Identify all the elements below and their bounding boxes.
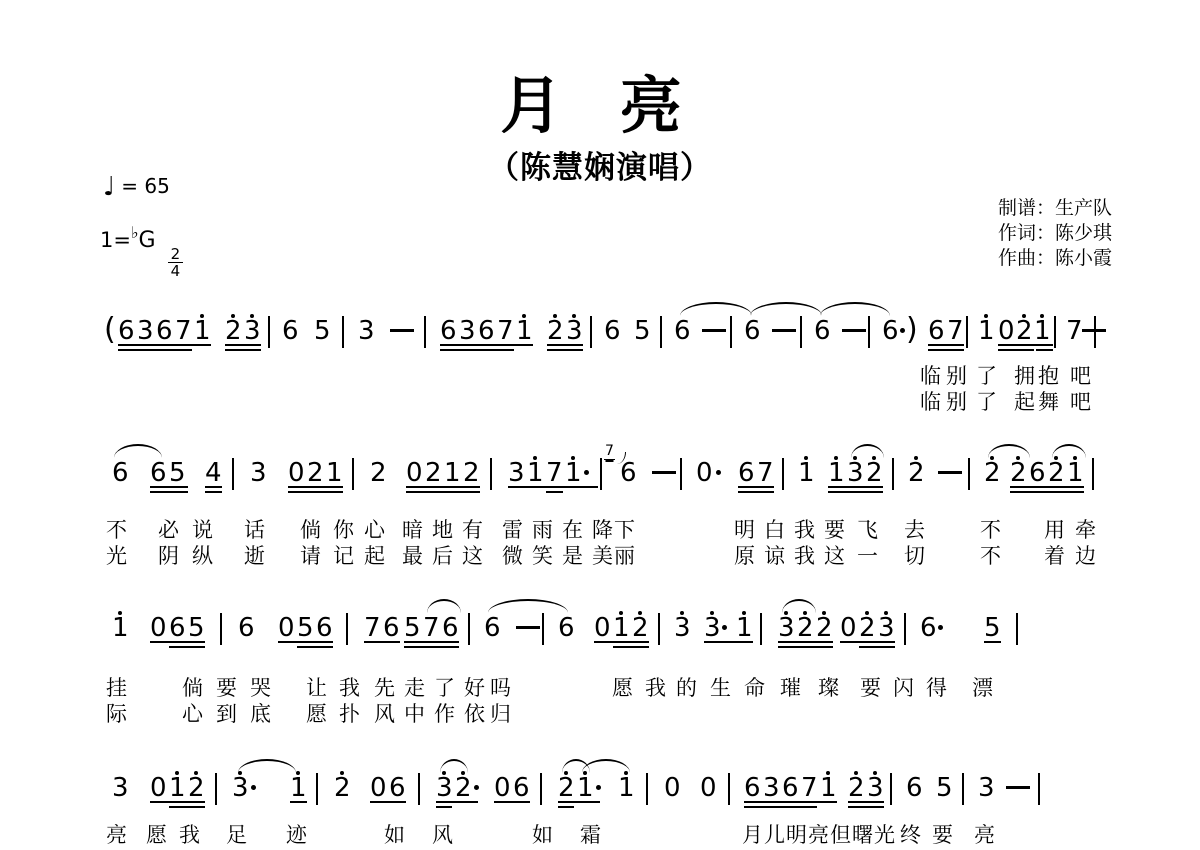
lyric-segment: 了: [976, 364, 997, 388]
note: 4: [205, 460, 222, 486]
lyric-segment: 明白: [734, 518, 794, 542]
duration-dash: [1006, 786, 1030, 789]
note: 0: [288, 460, 305, 486]
beam-underline: [288, 486, 343, 488]
beam-underline: [840, 641, 895, 643]
lyric-segment: 哭: [250, 676, 271, 700]
note: 1: [798, 460, 815, 486]
note: 1: [828, 460, 845, 486]
note: 7: [1066, 318, 1083, 344]
note: 2: [866, 460, 883, 486]
grace-note: 7: [604, 444, 615, 460]
note: 2: [984, 460, 1001, 486]
beam-underline: [744, 801, 837, 803]
beam-underline: [288, 491, 343, 493]
note: 1: [577, 775, 594, 801]
beam-underline: [225, 344, 261, 346]
beam-underline: [404, 646, 459, 648]
barline-divider: [966, 316, 968, 348]
beam-underline: [406, 491, 480, 493]
note: 7: [947, 318, 964, 344]
note: 1: [169, 775, 186, 801]
octave-dot: [680, 611, 684, 615]
lyric-segment: 话: [244, 518, 265, 542]
barline-divider: [730, 316, 732, 348]
lyric-segment: 得: [926, 676, 947, 700]
barline-divider: [760, 613, 762, 645]
octave-dot: [884, 611, 888, 615]
note: 7: [364, 615, 381, 641]
barline-divider: [232, 458, 234, 490]
beam-underline: [225, 349, 261, 351]
lyric-segment: 生: [710, 676, 731, 700]
note: 1: [1067, 460, 1084, 486]
slur-arc: [582, 759, 630, 773]
barline-divider: [490, 458, 492, 490]
lyric-segment: 不: [106, 518, 127, 542]
note: 5: [984, 615, 1001, 641]
note: 3: [459, 318, 476, 344]
note: 0: [696, 460, 713, 486]
beam-underline: [169, 646, 205, 648]
note: 2: [558, 775, 575, 801]
lyric-segment: 霜: [580, 823, 601, 847]
note: 2: [797, 615, 814, 641]
augmentation-dot: [938, 625, 943, 630]
duration-dash: [842, 329, 866, 332]
note: 5: [936, 775, 953, 801]
barline-divider: [646, 773, 648, 805]
octave-dot: [804, 456, 808, 460]
lyric-segment: 璀: [780, 676, 801, 700]
lyric-segment: 漂: [972, 676, 993, 700]
lyric-segment: 倘要: [182, 676, 250, 700]
note: 3: [778, 615, 795, 641]
octave-dot: [231, 314, 235, 318]
beam-underline: [118, 344, 211, 346]
beam-underline: [440, 344, 533, 346]
note: 0: [370, 775, 387, 801]
note: 0: [664, 775, 681, 801]
barline-divider: [346, 613, 348, 645]
augmentation-dot: [251, 785, 256, 790]
note: 2: [455, 775, 472, 801]
lyric-segment: 的: [676, 676, 697, 700]
lyric-segment: 去: [904, 518, 925, 542]
lyric-segment: 暗地有: [402, 518, 492, 542]
barline-divider: [600, 458, 602, 490]
note: 7: [801, 775, 818, 801]
note: 6: [118, 318, 135, 344]
beam-underline: [928, 344, 964, 346]
beam-underline: [848, 806, 884, 808]
note: 6: [389, 775, 406, 801]
lyric-segment: 阴纵: [158, 544, 226, 568]
note: 3: [978, 775, 995, 801]
note: 3: [763, 775, 780, 801]
beam-underline: [558, 801, 600, 803]
note: 6: [440, 318, 457, 344]
slur-arc: [750, 302, 822, 316]
lyric-segment: 吧: [1070, 364, 1091, 388]
barline-divider: [782, 458, 784, 490]
beam-underline: [613, 646, 649, 648]
note: 7: [423, 615, 440, 641]
note: 6: [782, 775, 799, 801]
lyric-segment: 丽: [614, 544, 635, 568]
lyric-segment: 要: [932, 823, 953, 847]
beam-underline: [297, 646, 333, 648]
slur-arc: [988, 444, 1030, 458]
lyric-segment: 了: [976, 390, 997, 414]
octave-dot: [865, 611, 869, 615]
lyric-segment: 不: [980, 544, 1001, 568]
note: 3: [358, 318, 375, 344]
lyric-segment: 不: [980, 518, 1001, 542]
lyric-segment: 吗: [490, 676, 511, 700]
note: 1: [978, 318, 995, 344]
slur-arc: [238, 759, 296, 773]
note: 2: [1048, 460, 1065, 486]
note: 1: [112, 615, 129, 641]
sheet-music-page: 月 亮 （陈慧娴演唱） ♩= 65 1=♭G24 制谱：生产队 作词：陈少琪 作…: [0, 0, 1200, 850]
octave-dot: [571, 456, 575, 460]
barline-divider: [540, 773, 542, 805]
lyric-segment: 挂: [106, 676, 127, 700]
augmentation-dot: [474, 785, 479, 790]
note: 3: [250, 460, 267, 486]
note: 0: [406, 460, 423, 486]
note: 2: [1016, 318, 1033, 344]
barline-divider: [968, 458, 970, 490]
duration-dash: [772, 329, 796, 332]
note: 6: [744, 318, 761, 344]
note: 2: [334, 775, 351, 801]
barline-divider: [1016, 613, 1018, 645]
lyric-segment: 临别: [920, 390, 972, 414]
note: 3: [674, 615, 691, 641]
barline-divider: [658, 613, 660, 645]
slur-arc: [1052, 444, 1086, 458]
slur-arc: [782, 599, 816, 613]
slur-arc: [114, 444, 162, 458]
beam-underline: [278, 641, 333, 643]
parenthesis: ): [906, 314, 918, 346]
note: 6: [674, 318, 691, 344]
beam-underline: [150, 801, 205, 803]
lyric-segment: 先走了好: [374, 676, 494, 700]
lyric-segment: 迹: [286, 823, 307, 847]
barline-divider: [868, 316, 870, 348]
note: 6: [1029, 460, 1046, 486]
note: 3: [137, 318, 154, 344]
octave-dot: [854, 771, 858, 775]
slur-arc: [851, 444, 884, 458]
beam-underline: [205, 486, 222, 488]
lyric-segment: 光: [106, 544, 127, 568]
duration-dash: [516, 626, 540, 629]
lyric-segment: 微笑是美: [502, 544, 622, 568]
note: 0: [278, 615, 295, 641]
lyric-segment: 亮: [106, 823, 127, 847]
octave-dot: [194, 771, 198, 775]
note: 6: [112, 460, 129, 486]
lyric-segment: 愿我: [146, 823, 212, 847]
note: 6: [513, 775, 530, 801]
barline-divider: [680, 458, 682, 490]
augmentation-dot: [900, 328, 905, 333]
beam-underline: [928, 349, 964, 351]
lyric-segment: 底: [250, 702, 271, 726]
beam-underline: [508, 486, 598, 488]
beam-underline: [364, 641, 400, 643]
octave-dot: [822, 611, 826, 615]
lyric-segment: 请记: [300, 544, 366, 568]
lyric-segment: 吧: [1070, 390, 1091, 414]
note: 5: [404, 615, 421, 641]
barline-divider: [1094, 316, 1096, 348]
note: 2: [463, 460, 480, 486]
barline-divider: [268, 316, 270, 348]
slur-arc: [427, 599, 461, 613]
octave-dot: [200, 314, 204, 318]
lyric-segment: 风中作依: [374, 702, 494, 726]
beam-underline: [778, 641, 833, 643]
note: 3: [436, 775, 453, 801]
slur-arc: [440, 759, 468, 773]
note: 0: [700, 775, 717, 801]
beam-underline: [1036, 349, 1053, 351]
note: 7: [175, 318, 192, 344]
lyric-segment: 我: [794, 544, 815, 568]
note: 6: [316, 615, 333, 641]
note: 2: [370, 460, 387, 486]
beam-underline: [169, 806, 205, 808]
beam-underline: [778, 646, 833, 648]
barline-divider: [418, 773, 420, 805]
note: 6: [882, 318, 899, 344]
lyric-segment: 月儿明亮但曙光: [742, 823, 896, 847]
note: 6: [814, 318, 831, 344]
beam-underline: [547, 344, 583, 346]
beam-underline: [205, 491, 222, 493]
note: 7: [546, 460, 563, 486]
octave-dot: [914, 456, 918, 460]
parenthesis: (: [104, 314, 116, 346]
note: 2: [188, 775, 205, 801]
octave-dot: [296, 771, 300, 775]
note: 6: [620, 460, 637, 486]
note: 3: [878, 615, 895, 641]
lyric-segment: 起: [364, 544, 385, 568]
note: 6: [383, 615, 400, 641]
lyric-segment: 要闪: [860, 676, 926, 700]
note: 1: [618, 775, 635, 801]
note: 3: [867, 775, 884, 801]
barline-divider: [342, 316, 344, 348]
note: 0: [840, 615, 857, 641]
note: 1: [820, 775, 837, 801]
lyric-segment: 亮: [974, 823, 995, 847]
note: 5: [169, 460, 186, 486]
note: 6: [920, 615, 937, 641]
lyric-segment: 际: [106, 702, 127, 726]
note: 6: [484, 615, 501, 641]
beam-underline: [998, 349, 1034, 351]
note: 2: [816, 615, 833, 641]
note: 3: [244, 318, 261, 344]
note: 1: [516, 318, 533, 344]
lyric-segment: 心到: [182, 702, 250, 726]
note: 5: [314, 318, 331, 344]
beam-underline: [436, 801, 478, 803]
barline-divider: [316, 773, 318, 805]
octave-dot: [826, 771, 830, 775]
lyric-segment: 愿扑: [306, 702, 372, 726]
barline-divider: [542, 613, 544, 645]
note: 6: [906, 775, 923, 801]
beam-underline: [848, 801, 884, 803]
octave-dot: [1022, 314, 1026, 318]
lyric-segment: 心: [364, 518, 385, 542]
note: 1: [736, 615, 753, 641]
lyric-segment: 愿我: [612, 676, 678, 700]
octave-dot: [250, 314, 254, 318]
augmentation-dot: [722, 625, 727, 630]
note: 1: [194, 318, 211, 344]
note: 2: [547, 318, 564, 344]
slur-arc: [680, 302, 752, 316]
note: 6: [282, 318, 299, 344]
beam-underline: [828, 486, 883, 488]
beam-underline: [984, 641, 1001, 643]
note: 2: [425, 460, 442, 486]
octave-dot: [638, 611, 642, 615]
note: 6: [604, 318, 621, 344]
octave-dot: [522, 314, 526, 318]
beam-underline: [370, 801, 406, 803]
beam-underline: [744, 806, 817, 808]
note: 2: [908, 460, 925, 486]
duration-dash: [390, 329, 414, 332]
beam-underline: [290, 801, 307, 803]
note: 2: [225, 318, 242, 344]
beam-underline: [558, 806, 574, 808]
note: 3: [847, 460, 864, 486]
note: 2: [1010, 460, 1027, 486]
barline-divider: [215, 773, 217, 805]
lyric-segment: 命: [744, 676, 765, 700]
lyric-segment: 原谅: [734, 544, 794, 568]
barline-divider: [892, 458, 894, 490]
beam-underline: [494, 801, 530, 803]
duration-dash: [938, 471, 962, 474]
lyric-segment: 逝: [244, 544, 265, 568]
note: 2: [859, 615, 876, 641]
beam-underline: [859, 646, 895, 648]
lyric-segment: 下: [614, 518, 635, 542]
note: 6: [169, 615, 186, 641]
note: 3: [566, 318, 583, 344]
note: 5: [297, 615, 314, 641]
beam-underline: [738, 486, 774, 488]
augmentation-dot: [584, 470, 589, 475]
note: 7: [497, 318, 514, 344]
beam-underline: [440, 349, 514, 351]
beam-underline: [150, 486, 188, 488]
octave-dot: [533, 456, 537, 460]
lyric-segment: 要飞: [824, 518, 890, 542]
note: 0: [594, 615, 611, 641]
barline-divider: [468, 613, 470, 645]
lyric-segment: 归: [490, 702, 511, 726]
note: 6: [478, 318, 495, 344]
lyric-segment: 倘你: [300, 518, 366, 542]
note: 6: [442, 615, 459, 641]
note: 1: [1034, 318, 1051, 344]
note: 6: [156, 318, 173, 344]
note: 3: [508, 460, 525, 486]
beam-underline: [998, 344, 1053, 346]
augmentation-dot: [596, 785, 601, 790]
barline-divider: [220, 613, 222, 645]
barline-divider: [1054, 316, 1056, 348]
lyric-segment: 雷雨在降: [502, 518, 622, 542]
lyric-segment: 起舞: [1014, 390, 1062, 414]
octave-dot: [619, 611, 623, 615]
beam-underline: [406, 486, 480, 488]
lyric-segment: 如: [384, 823, 405, 847]
beam-underline: [738, 491, 774, 493]
beam-underline: [547, 349, 583, 351]
note: 2: [848, 775, 865, 801]
slur-arc: [488, 599, 568, 613]
lyric-segment: 必说: [158, 518, 226, 542]
lyric-segment: 这一: [824, 544, 890, 568]
lyric-segment: 着边: [1044, 544, 1106, 568]
lyric-segment: 璨: [818, 676, 839, 700]
duration-dash: [1082, 329, 1106, 332]
octave-dot: [340, 771, 344, 775]
beam-underline: [828, 491, 883, 493]
beam-underline: [594, 641, 649, 643]
note: 0: [150, 775, 167, 801]
beam-underline: [118, 349, 192, 351]
barline-divider: [1038, 773, 1040, 805]
note: 5: [188, 615, 205, 641]
note: 2: [632, 615, 649, 641]
lyric-segment: 临别: [920, 364, 972, 388]
barline-divider: [424, 316, 426, 348]
octave-dot: [873, 771, 877, 775]
lyric-segment: 让我: [306, 676, 372, 700]
note: 1: [613, 615, 630, 641]
lyric-segment: 我: [794, 518, 815, 542]
note: 0: [150, 615, 167, 641]
slur-arc: [820, 302, 890, 316]
octave-dot: [984, 314, 988, 318]
note: 3: [112, 775, 129, 801]
lyric-segment: 如: [532, 823, 553, 847]
barline-divider: [660, 316, 662, 348]
note: 0: [494, 775, 511, 801]
barline-divider: [962, 773, 964, 805]
note: 1: [326, 460, 343, 486]
octave-dot: [118, 611, 122, 615]
octave-dot: [1040, 314, 1044, 318]
note: 6: [928, 318, 945, 344]
barline-divider: [1092, 458, 1094, 490]
